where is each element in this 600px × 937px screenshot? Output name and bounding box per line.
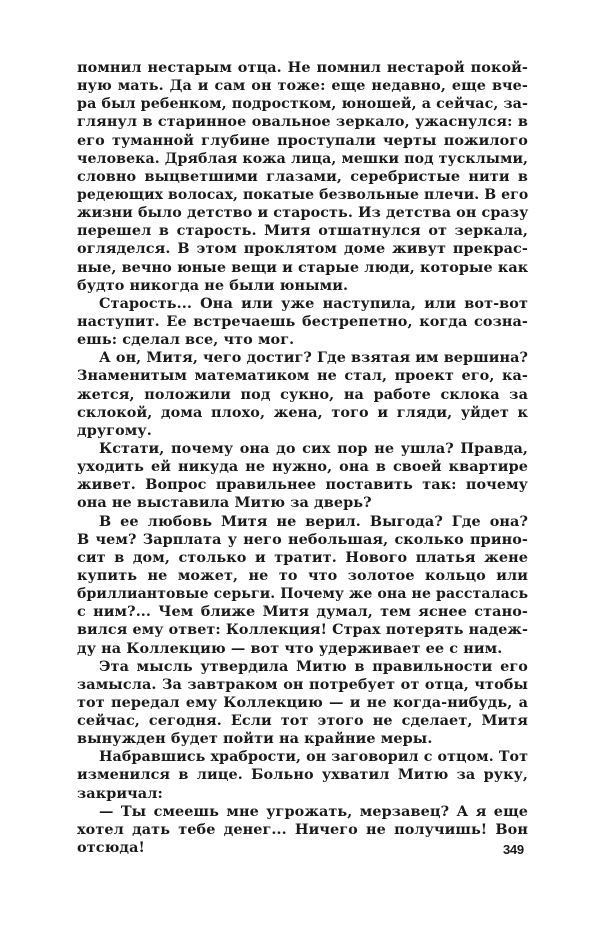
text-line: наступит. Ее встречаешь бестрепетно, ког… bbox=[77, 313, 528, 331]
text-line: жизни было детство и старость. Из детств… bbox=[77, 204, 528, 222]
text-line: его туманной глубине проступали черты по… bbox=[77, 132, 528, 150]
text-line: Старость... Она или уже наступила, или в… bbox=[77, 295, 528, 313]
text-line: уходить ей никуда не нужно, она в своей … bbox=[77, 458, 528, 476]
text-line: глянул в старинное овальное зеркало, ужа… bbox=[77, 113, 528, 131]
text-line: с ним?... Чем ближе Митя думал, тем ясне… bbox=[77, 603, 528, 621]
text-line: склокой, дома плохо, жена, того и гляди,… bbox=[77, 404, 528, 422]
text-line: будто никогда не были юными. bbox=[77, 277, 528, 295]
text-line: вынужден будет пойти на крайние меры. bbox=[77, 730, 528, 748]
text-line: отсюда! bbox=[77, 839, 528, 857]
text-line: Кстати, почему она до сих пор не ушла? П… bbox=[77, 440, 528, 458]
text-line: купить не может, не то что золотое кольц… bbox=[77, 567, 528, 585]
text-line: бриллиантовые серьги. Почему же она не р… bbox=[77, 585, 528, 603]
paragraph: В ее любовь Митя не верил. Выгода? Где о… bbox=[77, 513, 528, 658]
text-line: она не выставила Митю за дверь? bbox=[77, 494, 528, 512]
paragraph: Старость... Она или уже наступила, или в… bbox=[77, 295, 528, 349]
text-line: Знаменитым математиком не стал, проект е… bbox=[77, 367, 528, 385]
text-line: редеющих волосах, покатые безвольные пле… bbox=[77, 186, 528, 204]
text-line: закричал: bbox=[77, 785, 528, 803]
text-line: человека. Дряблая кожа лица, мешки под т… bbox=[77, 150, 528, 168]
text-line: — Ты смеешь мне угрожать, мерзавец? А я … bbox=[77, 803, 528, 821]
text-line: ра был ребенком, подростком, юношей, а с… bbox=[77, 95, 528, 113]
text-line: помнил нестарым отца. Не помнил нестарой… bbox=[77, 59, 528, 77]
text-line: хотел дать тебе денег... Ничего не получ… bbox=[77, 821, 528, 839]
text-line: В чем? Зарплата у него небольшая, скольк… bbox=[77, 531, 528, 549]
text-line: В ее любовь Митя не верил. Выгода? Где о… bbox=[77, 513, 528, 531]
page-number: 349 bbox=[503, 842, 524, 857]
book-page: помнил нестарым отца. Не помнил нестарой… bbox=[0, 0, 600, 937]
text-line: перешел в старость. Митя отшатнулся от з… bbox=[77, 222, 528, 240]
text-line: ные, вечно юные вещи и старые люди, кото… bbox=[77, 259, 528, 277]
text-line: ду на Коллекцию — вот что удерживает ее … bbox=[77, 640, 528, 658]
text-line: ную мать. Да и сам он тоже: еще недавно,… bbox=[77, 77, 528, 95]
text-line: другому. bbox=[77, 422, 528, 440]
paragraph: А он, Митя, чего достиг? Где взятая им в… bbox=[77, 349, 528, 440]
text-line: сейчас, сегодня. Если тот этого не сдела… bbox=[77, 712, 528, 730]
text-line: сит в дом, столько и тратит. Нового плат… bbox=[77, 549, 528, 567]
paragraph: Набравшись храбрости, он заговорил с отц… bbox=[77, 748, 528, 802]
text-line: тот передал ему Коллекцию — и не когда-н… bbox=[77, 694, 528, 712]
paragraph: Эта мысль утвердила Митю в правильности … bbox=[77, 658, 528, 749]
text-line: словно выцветшими глазами, серебристые н… bbox=[77, 168, 528, 186]
text-line: ешь: сделал все, что мог. bbox=[77, 331, 528, 349]
text-line: Эта мысль утвердила Митю в правильности … bbox=[77, 658, 528, 676]
paragraph: помнил нестарым отца. Не помнил нестарой… bbox=[77, 59, 528, 295]
text-line: изменился в лице. Больно ухватил Митю за… bbox=[77, 766, 528, 784]
text-line: А он, Митя, чего достиг? Где взятая им в… bbox=[77, 349, 528, 367]
text-line: огляделся. В этом проклятом доме живут п… bbox=[77, 240, 528, 258]
paragraph: — Ты смеешь мне угрожать, мерзавец? А я … bbox=[77, 803, 528, 857]
text-line: вился ему ответ: Коллекция! Страх потеря… bbox=[77, 621, 528, 639]
text-line: Набравшись храбрости, он заговорил с отц… bbox=[77, 748, 528, 766]
paragraph: Кстати, почему она до сих пор не ушла? П… bbox=[77, 440, 528, 513]
body-text: помнил нестарым отца. Не помнил нестарой… bbox=[77, 59, 528, 857]
text-line: замысла. За завтраком он потребует от от… bbox=[77, 676, 528, 694]
text-line: жется, положили под сукно, на работе скл… bbox=[77, 386, 528, 404]
text-line: живет. Вопрос правильнее поставить так: … bbox=[77, 476, 528, 494]
